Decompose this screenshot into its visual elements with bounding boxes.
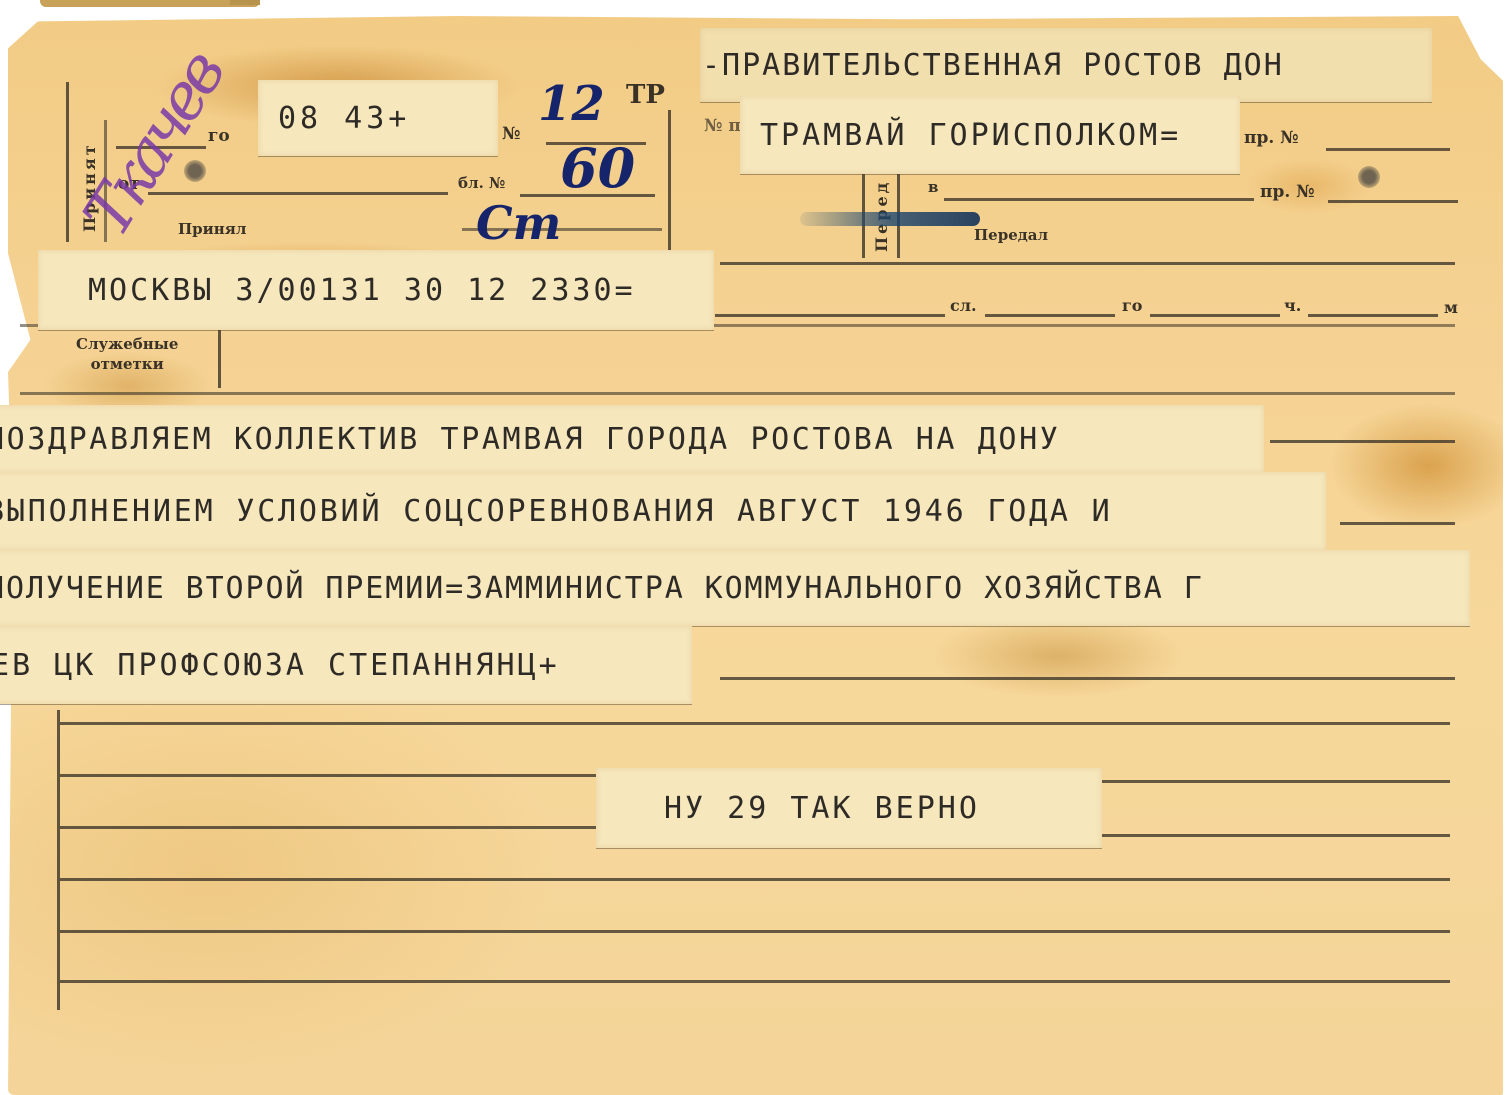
frame-line bbox=[218, 328, 221, 388]
message-line-2-text: ВЫПОЛНЕНИЕМ УСЛОВИЙ СОЦСОРЕВНОВАНИЯ АВГУ… bbox=[0, 494, 1113, 529]
form-line bbox=[1328, 200, 1458, 203]
blue-handwritten-number-top: 12 bbox=[538, 76, 605, 132]
frame-line bbox=[57, 710, 60, 1010]
form-line bbox=[1340, 522, 1455, 525]
message-line-4: ЕЕВ ЦК ПРОФСОЮЗА СТЕПАННЯНЦ+ bbox=[0, 626, 692, 704]
stamp-dot bbox=[1358, 166, 1380, 188]
form-line bbox=[944, 198, 1254, 201]
pr-no-label: пр. № bbox=[1244, 128, 1299, 148]
blue-handwritten-number-60: 60 bbox=[560, 136, 635, 200]
paper-scrap bbox=[230, 0, 260, 5]
time-text: 08 43+ bbox=[278, 101, 410, 136]
form-line bbox=[148, 192, 448, 195]
ch-label: ч. bbox=[1284, 296, 1301, 315]
form-line bbox=[720, 262, 1455, 265]
message-line-1: ПОЗДРАВЛЯЕМ КОЛЛЕКТИВ ТРАМВАЯ ГОРОДА РОС… bbox=[0, 405, 1264, 473]
paper-scrap bbox=[40, 0, 260, 7]
form-line bbox=[715, 314, 945, 317]
form-line bbox=[60, 826, 600, 829]
bl-no-label: бл. № bbox=[458, 174, 505, 192]
pr-no-label-2: пр. № bbox=[1260, 182, 1315, 202]
blue-ink-smear bbox=[800, 212, 980, 226]
addressee-tape: ТРАМВАЙ ГОРИСПОЛКОМ= bbox=[740, 96, 1240, 174]
verification-tape: НУ 29 ТАК ВЕРНО bbox=[596, 768, 1102, 848]
no-p-label: № п bbox=[704, 116, 741, 136]
sl-label: сл. bbox=[950, 296, 977, 315]
form-line bbox=[60, 930, 1450, 933]
origin-tape: МОСКВЫ 3/00131 30 12 2330= bbox=[38, 250, 714, 330]
message-line-3: ПОЛУЧЕНИЕ ВТОРОЙ ПРЕМИИ=ЗАММИНИСТРА КОММ… bbox=[0, 550, 1470, 626]
stamp-dot bbox=[184, 160, 206, 182]
go-label: го bbox=[208, 126, 230, 146]
form-line bbox=[720, 677, 1455, 680]
form-line bbox=[60, 878, 1450, 881]
verification-text: НУ 29 ТАК ВЕРНО bbox=[664, 791, 980, 826]
form-line bbox=[60, 722, 1450, 725]
frame-line bbox=[668, 110, 671, 250]
tr-label: ТР bbox=[626, 80, 665, 110]
priority-city-tape: -ПРАВИТЕЛЬСТВЕННАЯ РОСТОВ ДОН bbox=[700, 28, 1432, 102]
form-line bbox=[1100, 834, 1450, 837]
number-label: № bbox=[502, 124, 520, 144]
m-label: м bbox=[1444, 298, 1458, 317]
go2-label: го bbox=[1122, 296, 1142, 315]
frame-line bbox=[66, 82, 69, 242]
form-line bbox=[1150, 314, 1280, 317]
form-line bbox=[1100, 780, 1450, 783]
service-marks-line1: Служебные bbox=[76, 334, 178, 354]
transmitted-by-label: Передал bbox=[974, 226, 1048, 244]
addressee-text: ТРАМВАЙ ГОРИСПОЛКОМ= bbox=[760, 118, 1181, 153]
v-label: в bbox=[928, 178, 938, 196]
message-line-4-text: ЕЕВ ЦК ПРОФСОЮЗА СТЕПАННЯНЦ+ bbox=[0, 648, 560, 683]
form-line bbox=[1326, 148, 1450, 151]
message-line-2: ВЫПОЛНЕНИЕМ УСЛОВИЙ СОЦСОРЕВНОВАНИЯ АВГУ… bbox=[0, 472, 1326, 550]
origin-text: МОСКВЫ 3/00131 30 12 2330= bbox=[88, 273, 636, 308]
priority-city-text: -ПРАВИТЕЛЬСТВЕННАЯ РОСТОВ ДОН bbox=[702, 48, 1284, 83]
service-marks-label: Служебные отметки bbox=[76, 334, 178, 374]
blue-handwritten-signature: Ст bbox=[476, 196, 561, 250]
time-tape: 08 43+ bbox=[258, 80, 498, 156]
form-line bbox=[985, 314, 1115, 317]
form-line bbox=[60, 980, 1450, 983]
form-line bbox=[1270, 440, 1455, 443]
form-line bbox=[20, 392, 1455, 395]
form-line bbox=[1308, 314, 1438, 317]
received-by-label: Принял bbox=[178, 220, 246, 238]
message-line-1-text: ПОЗДРАВЛЯЕМ КОЛЛЕКТИВ ТРАМВАЯ ГОРОДА РОС… bbox=[0, 422, 1060, 457]
form-line bbox=[60, 774, 600, 777]
message-line-3-text: ПОЛУЧЕНИЕ ВТОРОЙ ПРЕМИИ=ЗАММИНИСТРА КОММ… bbox=[0, 571, 1204, 606]
service-marks-line2: отметки bbox=[76, 354, 178, 374]
